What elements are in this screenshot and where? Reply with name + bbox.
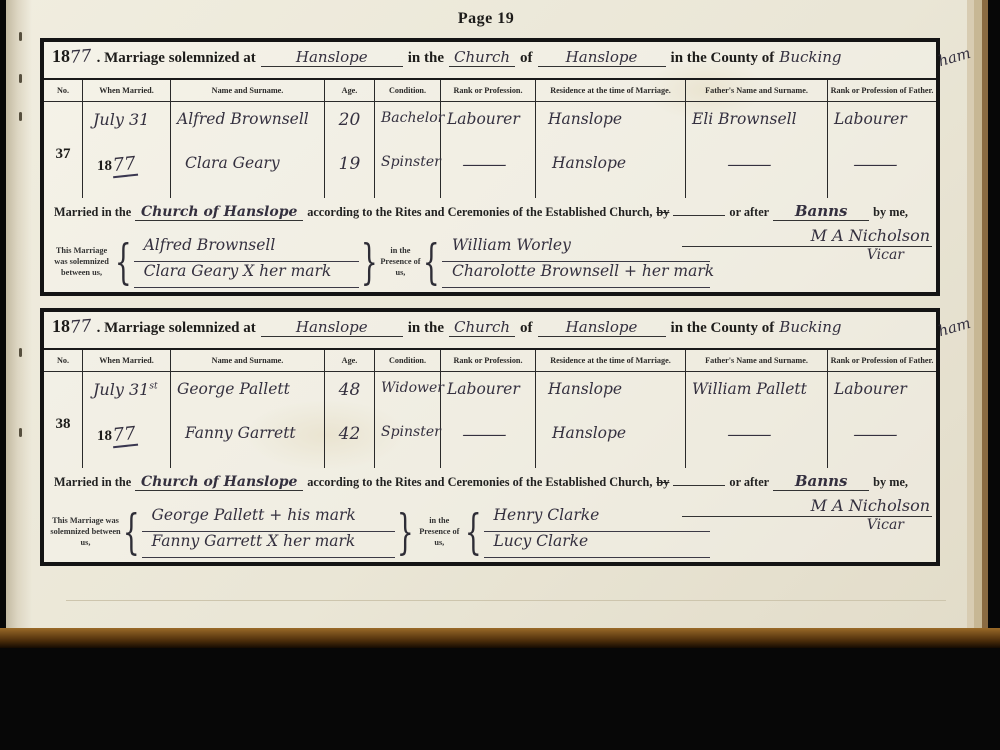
by-blank xyxy=(673,485,725,486)
cell-father-ranks: Labourer — xyxy=(828,102,936,198)
entry-number: 37 xyxy=(44,146,82,163)
column-header-residence: Residence at the time of Marriage. xyxy=(536,350,686,372)
record-table: No. When Married. Name and Surname. Age.… xyxy=(44,348,936,468)
married-in-line: Married in the Church of Hanslope accord… xyxy=(54,472,932,491)
groom-residence: Hanslope xyxy=(548,110,622,128)
building-entry: Church xyxy=(449,318,515,337)
under-page-edge xyxy=(66,600,946,601)
bride-name: Fanny Garrett xyxy=(185,424,296,442)
column-header-rank: Rank or Profession. xyxy=(441,80,536,102)
cell-father-ranks: Labourer — xyxy=(828,372,936,468)
record-table: No. When Married. Name and Surname. Age.… xyxy=(44,78,936,198)
married-in-label: Married in the xyxy=(54,475,131,490)
groom-name: George Pallett xyxy=(177,380,290,398)
bride-name: Clara Geary xyxy=(185,154,280,172)
binding-stitch xyxy=(19,112,22,121)
officiant-name: M A Nicholson xyxy=(682,226,932,247)
married-in-line: Married in the Church of Hanslope accord… xyxy=(54,202,932,221)
cell-residences: Hanslope Hanslope xyxy=(536,372,686,468)
column-header-when-married: When Married. xyxy=(83,80,171,102)
after-method: Banns xyxy=(773,202,869,221)
year-printed: 18 xyxy=(52,316,70,337)
groom-residence: Hanslope xyxy=(548,380,622,398)
place-entry: Hanslope xyxy=(261,318,403,337)
left-brace: { xyxy=(123,508,140,556)
rites-label: according to the Rites and Ceremonies of… xyxy=(307,475,652,490)
after-method: Banns xyxy=(773,472,869,491)
column-header-no: No. xyxy=(44,350,83,372)
or-after-label: or after xyxy=(729,205,769,220)
presence-label: in the Presence of us, xyxy=(416,515,463,549)
column-header-father: Father's Name and Surname. xyxy=(686,350,828,372)
record-header: 1877 . Marriage solemnized at Hanslope i… xyxy=(52,316,934,346)
bride-residence: Hanslope xyxy=(552,424,626,442)
right-brace: } xyxy=(397,508,414,556)
column-header-father-rank: Rank or Profession of Father. xyxy=(828,350,936,372)
bride-signature: Fanny Garrett X her mark xyxy=(142,532,396,558)
solemnized-label: . Marriage solemnized at xyxy=(97,320,256,337)
cell-ages: 20 19 xyxy=(325,102,375,198)
record-header: 1877 . Marriage solemnized at Hanslope i… xyxy=(52,46,934,76)
county-label: in the County of xyxy=(671,320,775,337)
column-header-name: Name and Surname. xyxy=(171,80,325,102)
cell-ages: 48 42 xyxy=(325,372,375,468)
solemnized-label: . Marriage solemnized at xyxy=(97,50,256,67)
year-handwritten: 77 xyxy=(69,316,92,338)
witness2-signature: Lucy Clarke xyxy=(484,532,711,558)
county-label: in the County of xyxy=(671,50,775,67)
cell-no: 37 xyxy=(44,102,83,198)
officiant-name: M A Nicholson xyxy=(682,496,932,517)
cell-fathers: William Pallett — xyxy=(686,372,828,468)
cell-residences: Hanslope Hanslope xyxy=(536,102,686,198)
by-me-label: by me, xyxy=(873,205,908,220)
column-header-condition: Condition. xyxy=(375,80,441,102)
officiant-signature: M A Nicholson Vicar xyxy=(682,226,932,263)
witness-signatures: William Worley Charolotte Brownsell + he… xyxy=(442,236,710,288)
groom-condition: Bachelor xyxy=(381,110,444,126)
cell-when-married: July 31 1877 xyxy=(83,102,171,198)
left-brace: { xyxy=(115,238,132,286)
bride-residence: Hanslope xyxy=(552,154,626,172)
married-in-church: Church of Hanslope xyxy=(135,474,303,491)
cell-fathers: Eli Brownsell — xyxy=(686,102,828,198)
witness1-signature: William Worley xyxy=(442,236,710,262)
cell-conditions: Bachelor Spinster xyxy=(375,102,441,198)
witness1-signature: Henry Clarke xyxy=(484,506,711,532)
rites-label: according to the Rites and Ceremonies of… xyxy=(307,205,652,220)
bride-when: 1877 xyxy=(97,424,137,447)
witness-brace: { xyxy=(465,508,482,556)
register-photo: Page 19 1877 . Marriage solemnized at Ha… xyxy=(0,0,1000,750)
year-printed: 18 xyxy=(52,46,70,67)
officiant-title: Vicar xyxy=(682,247,932,263)
column-header-rank: Rank or Profession. xyxy=(441,350,536,372)
parish-entry: Hanslope xyxy=(538,48,666,67)
parish-entry: Hanslope xyxy=(538,318,666,337)
of-label: of xyxy=(520,320,533,337)
of-label: of xyxy=(520,50,533,67)
entry-number: 38 xyxy=(44,416,82,433)
groom-father: William Pallett xyxy=(692,380,807,398)
place-entry: Hanslope xyxy=(261,48,403,67)
bride-signature: Clara Geary X her mark xyxy=(134,262,359,288)
column-header-condition: Condition. xyxy=(375,350,441,372)
county-entry: Bucking xyxy=(779,318,841,336)
signature-block: This Marriage was solemnized between us,… xyxy=(50,233,710,290)
column-header-name: Name and Surname. xyxy=(171,350,325,372)
groom-age: 20 xyxy=(325,110,374,130)
binding-stitch xyxy=(19,74,22,83)
presence-label: in the Presence of us, xyxy=(379,245,421,279)
witness-signatures: Henry Clarke Lucy Clarke xyxy=(484,506,711,558)
groom-father: Eli Brownsell xyxy=(692,110,797,128)
bride-father-rank: — xyxy=(852,154,899,175)
cell-names: George Pallett Fanny Garrett xyxy=(171,372,325,468)
cell-conditions: Widower Spinster xyxy=(375,372,441,468)
officiant-signature: M A Nicholson Vicar xyxy=(682,496,932,533)
or-after-label: or after xyxy=(729,475,769,490)
binding-stitch xyxy=(19,32,22,41)
witness2-signature: Charolotte Brownsell + her mark xyxy=(442,262,710,288)
page-edge xyxy=(974,0,982,634)
column-header-no: No. xyxy=(44,80,83,102)
column-header-father: Father's Name and Surname. xyxy=(686,80,828,102)
couple-signatures: Alfred Brownsell Clara Geary X her mark xyxy=(134,236,359,288)
groom-condition: Widower xyxy=(381,380,444,396)
bride-rank: — xyxy=(461,424,508,445)
groom-father-rank: Labourer xyxy=(834,380,907,398)
groom-age: 48 xyxy=(325,380,374,400)
bride-rank: — xyxy=(461,154,508,175)
groom-name: Alfred Brownsell xyxy=(177,110,309,128)
bride-condition: Spinster xyxy=(381,154,441,170)
cell-names: Alfred Brownsell Clara Geary xyxy=(171,102,325,198)
building-entry: Church xyxy=(449,48,515,67)
groom-rank: Labourer xyxy=(447,110,520,128)
county-entry: Bucking xyxy=(779,48,841,66)
bride-age: 19 xyxy=(325,154,374,174)
year-handwritten: 77 xyxy=(69,46,92,68)
bride-when: 1877 xyxy=(97,154,137,177)
by-blank xyxy=(673,215,725,216)
couple-signatures: George Pallett + his mark Fanny Garrett … xyxy=(142,506,396,558)
bride-age: 42 xyxy=(325,424,374,444)
groom-father-rank: Labourer xyxy=(834,110,907,128)
groom-signature: Alfred Brownsell xyxy=(134,236,359,262)
column-header-age: Age. xyxy=(325,80,375,102)
groom-when: July 31st xyxy=(93,380,158,399)
groom-signature: George Pallett + his mark xyxy=(142,506,396,532)
book-bottom-edge xyxy=(0,628,1000,648)
binding-stitch xyxy=(19,348,22,357)
bride-father-rank: — xyxy=(852,424,899,445)
marriage-record-38: 1877 . Marriage solemnized at Hanslope i… xyxy=(40,308,940,566)
book-binding xyxy=(6,0,32,634)
cell-no: 38 xyxy=(44,372,83,468)
cell-ranks: Labourer — xyxy=(441,102,536,198)
solemnized-between-label: This Marriage was solemnized between us, xyxy=(50,245,113,279)
page-title: Page 19 xyxy=(6,10,966,28)
right-brace: } xyxy=(361,238,378,286)
solemnized-between-label: This Marriage was solemnized between us, xyxy=(50,515,121,549)
cell-when-married: July 31st 1877 xyxy=(83,372,171,468)
binding-stitch xyxy=(19,428,22,437)
in-the-label: in the xyxy=(408,320,444,337)
in-the-label: in the xyxy=(408,50,444,67)
married-in-label: Married in the xyxy=(54,205,131,220)
by-me-label: by me, xyxy=(873,475,908,490)
page-edge xyxy=(982,0,988,634)
column-header-residence: Residence at the time of Marriage. xyxy=(536,80,686,102)
by-word: by xyxy=(656,205,669,220)
witness-brace: { xyxy=(423,238,440,286)
groom-rank: Labourer xyxy=(447,380,520,398)
marriage-record-37: 1877 . Marriage solemnized at Hanslope i… xyxy=(40,38,940,296)
groom-when: July 31 xyxy=(93,110,149,129)
column-header-age: Age. xyxy=(325,350,375,372)
bride-father: — xyxy=(726,154,773,175)
column-header-father-rank: Rank or Profession of Father. xyxy=(828,80,936,102)
officiant-title: Vicar xyxy=(682,517,932,533)
column-header-when-married: When Married. xyxy=(83,350,171,372)
married-in-church: Church of Hanslope xyxy=(135,204,303,221)
bride-father: — xyxy=(726,424,773,445)
cell-ranks: Labourer — xyxy=(441,372,536,468)
signature-block: This Marriage was solemnized between us,… xyxy=(50,503,710,560)
by-word: by xyxy=(656,475,669,490)
bride-condition: Spinster xyxy=(381,424,441,440)
